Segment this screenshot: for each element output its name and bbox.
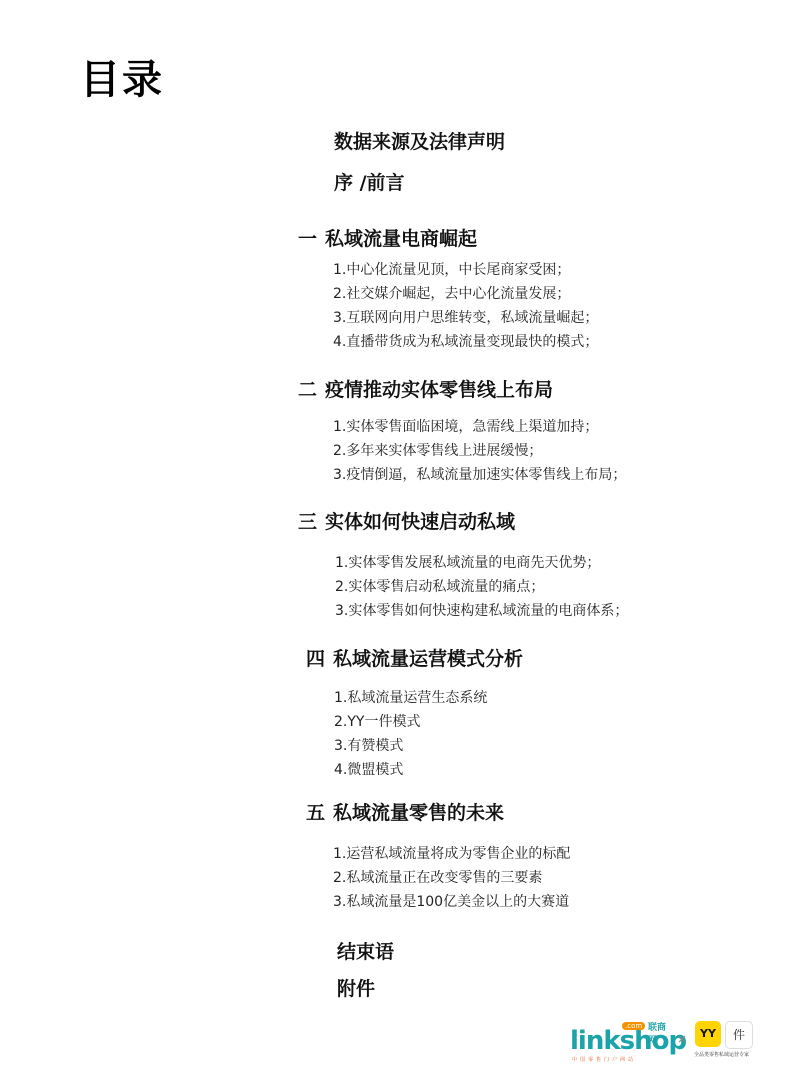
toc-item[interactable]: 3.实体零售如何快速构建私域流量的电商体系； — [335, 599, 628, 623]
toc-section-2-items: 1.实体零售面临困境，急需线上渠道加持； 2.多年来实体零售线上进展缓慢； 3.… — [333, 415, 626, 487]
toc-item[interactable]: 3.有赞模式 — [334, 734, 487, 758]
toc-section-5[interactable]: 五私域流量零售的未来 — [306, 798, 504, 825]
linkshop-chinese-name: 联商网 — [648, 1020, 674, 1046]
toc-item[interactable]: 2.私域流量正在改变零售的三要素 — [333, 866, 570, 890]
linkshop-tagline: 中国零售门户网站 — [572, 1056, 636, 1063]
toc-item[interactable]: 3.私域流量是100亿美金以上的大赛道 — [333, 890, 570, 914]
section-title: 私域流量运营模式分析 — [333, 648, 523, 670]
section-title: 实体如何快速启动私域 — [325, 511, 515, 533]
page-title: 目录 — [80, 48, 164, 105]
toc-item[interactable]: 1.实体零售发展私域流量的电商先天优势； — [335, 551, 628, 575]
yy-logo-icon: YY — [695, 1021, 721, 1047]
toc-item[interactable]: 1.私域流量运营生态系统 — [334, 686, 487, 710]
section-number: 三 — [298, 511, 317, 533]
toc-item[interactable]: 1.实体零售面临困境，急需线上渠道加持； — [333, 415, 626, 439]
toc-item[interactable]: 1.运营私域流量将成为零售企业的标配 — [333, 842, 570, 866]
toc-item[interactable]: 3.疫情倒逼，私域流量加速实体零售线上布局； — [333, 463, 626, 487]
toc-section-4-items: 1.私域流量运营生态系统 2.YY一件模式 3.有赞模式 4.微盟模式 — [334, 686, 487, 782]
toc-section-2[interactable]: 二疫情推动实体零售线上布局 — [298, 375, 553, 402]
toc-item[interactable]: 4.直播带货成为私域流量变现最快的模式； — [333, 330, 598, 354]
section-title: 疫情推动实体零售线上布局 — [325, 379, 553, 401]
section-number: 二 — [298, 379, 317, 401]
toc-section-1-items: 1.中心化流量见顶，中长尾商家受困； 2.社交媒介崛起，去中心化流量发展； 3.… — [333, 258, 598, 354]
section-title: 私域流量零售的未来 — [333, 802, 504, 824]
linkshop-logo: linkshop .com 联商网 中国零售门户网站 — [570, 1020, 674, 1062]
toc-entry-conclusion[interactable]: 结束语 — [337, 937, 394, 964]
toc-item[interactable]: 2.社交媒介崛起，去中心化流量发展； — [333, 282, 598, 306]
toc-section-3[interactable]: 三实体如何快速启动私域 — [298, 507, 515, 534]
toc-entry-preface[interactable]: 序 /前言 — [334, 168, 405, 195]
section-number: 一 — [298, 228, 317, 250]
toc-section-1[interactable]: 一私域流量电商崛起 — [298, 224, 477, 251]
toc-item[interactable]: 2.多年来实体零售线上进展缓慢； — [333, 439, 626, 463]
footer-logos: linkshop .com 联商网 中国零售门户网站 × YY 件 全品类零售私… — [570, 1018, 770, 1068]
toc-item[interactable]: 1.中心化流量见顶，中长尾商家受困； — [333, 258, 598, 282]
toc-entry-data-source[interactable]: 数据来源及法律声明 — [334, 127, 505, 154]
collaboration-x-icon: × — [677, 1032, 687, 1046]
toc-entry-appendix[interactable]: 附件 — [337, 974, 375, 1001]
toc-item[interactable]: 2.实体零售启动私域流量的痛点； — [335, 575, 628, 599]
toc-section-3-items: 1.实体零售发展私域流量的电商先天优势； 2.实体零售启动私域流量的痛点； 3.… — [335, 551, 628, 623]
toc-section-5-items: 1.运营私域流量将成为零售企业的标配 2.私域流量正在改变零售的三要素 3.私域… — [333, 842, 570, 914]
section-number: 五 — [306, 802, 325, 824]
toc-section-4[interactable]: 四私域流量运营模式分析 — [306, 644, 523, 671]
section-title: 私域流量电商崛起 — [325, 228, 477, 250]
linkshop-com-badge: .com — [622, 1022, 645, 1030]
yy-tagline: 全品类零售私域运营专家 — [694, 1051, 749, 1058]
toc-item[interactable]: 3.互联网向用户思维转变，私域流量崛起； — [333, 306, 598, 330]
toc-item[interactable]: 2.YY一件模式 — [334, 710, 487, 734]
jian-logo-icon: 件 — [725, 1021, 753, 1049]
section-number: 四 — [306, 648, 325, 670]
toc-item[interactable]: 4.微盟模式 — [334, 758, 487, 782]
